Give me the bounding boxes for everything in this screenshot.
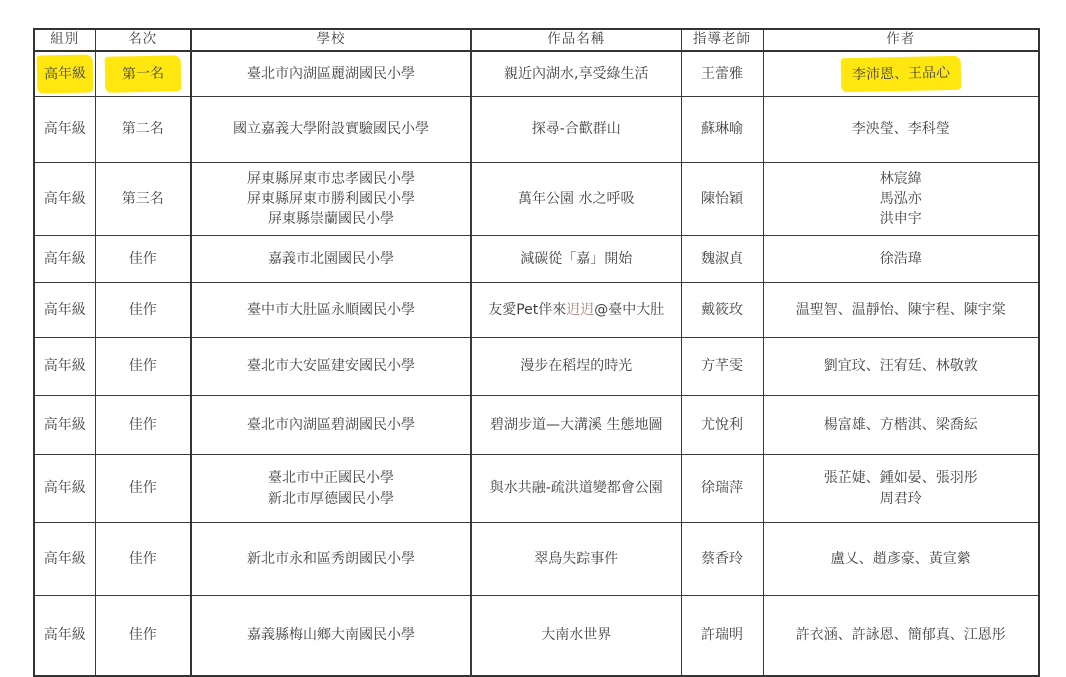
table-row: 高年級 佳作 新北市永和區秀朗國民小學 翠鳥失踪事件 蔡香玲 盧乂、趙彥豪、黃宣…: [34, 523, 1039, 596]
header-row: 組別 名次 學校 作品名稱 指導老師 作者: [34, 29, 1039, 51]
cell-group: 高年級: [34, 97, 95, 163]
cell-teacher: 許瑞明: [681, 596, 763, 676]
cell-teacher: 魏淑貞: [681, 236, 763, 283]
title-text: @臺中大肚: [594, 302, 664, 318]
cell-title: 翠鳥失踪事件: [471, 523, 681, 596]
cell-rank: 第三名: [95, 163, 191, 236]
cell-authors: 温聖智、温靜怡、陳宇程、陳宇棠: [763, 283, 1039, 338]
col-header-school: 學校: [191, 29, 471, 51]
col-header-rank: 名次: [95, 29, 191, 51]
cell-group: 高年級: [34, 455, 95, 523]
col-header-teacher: 指導老師: [681, 29, 763, 51]
cell-title: 萬年公園 水之呼吸: [471, 163, 681, 236]
cell-rank: 第一名: [95, 51, 191, 97]
cell-group: 高年級: [34, 163, 95, 236]
col-header-group: 組別: [34, 29, 95, 51]
cell-authors: 張芷婕、鍾如晏、張羽彤 周君玲: [763, 455, 1039, 523]
table-row: 高年級 佳作 臺北市大安區建安國民小學 漫步在稻埕的時光 方芊雯 劉宜玟、汪宥廷…: [34, 338, 1039, 396]
cell-school: 國立嘉義大學附設實驗國民小學: [191, 97, 471, 163]
cell-authors: 盧乂、趙彥豪、黃宣縈: [763, 523, 1039, 596]
cell-group: 高年級: [34, 283, 95, 338]
cell-school: 臺北市內湖區麗湖國民小學: [191, 51, 471, 97]
cell-title: 與水共融-疏洪道變都會公園: [471, 455, 681, 523]
table-row: 高年級 第一名 臺北市內湖區麗湖國民小學 親近內湖水,享受綠生活 王蕾雅 李沛恩…: [34, 51, 1039, 97]
table-row: 高年級 佳作 嘉義縣梅山鄉大南國民小學 大南水世界 許瑞明 許衣涵、許詠恩、簡郁…: [34, 596, 1039, 676]
cell-school: 臺北市大安區建安國民小學: [191, 338, 471, 396]
cell-authors: 徐浩瑋: [763, 236, 1039, 283]
cell-rank: 第二名: [95, 97, 191, 163]
cell-school: 臺中市大肚區永順國民小學: [191, 283, 471, 338]
highlight-mark: 高年級: [36, 54, 93, 93]
cell-rank: 佳作: [95, 596, 191, 676]
table-row: 高年級 第二名 國立嘉義大學附設實驗國民小學 探尋-合歡群山 蘇琳喻 李泱瑩、李…: [34, 97, 1039, 163]
highlight-mark: 第一名: [104, 55, 181, 93]
cell-group: 高年級: [34, 51, 95, 97]
cell-rank: 佳作: [95, 283, 191, 338]
highlight-mark: 李沛恩、王品心: [840, 55, 961, 92]
fallback-glyphs: 迌迌: [566, 302, 594, 318]
cell-authors: 劉宜玟、汪宥廷、林敬敦: [763, 338, 1039, 396]
cell-title: 親近內湖水,享受綠生活: [471, 51, 681, 97]
cell-teacher: 方芊雯: [681, 338, 763, 396]
cell-rank: 佳作: [95, 396, 191, 455]
cell-school: 屏東縣屏東市忠孝國民小學 屏東縣屏東市勝利國民小學 屏東縣崇蘭國民小學: [191, 163, 471, 236]
table-row: 高年級 第三名 屏東縣屏東市忠孝國民小學 屏東縣屏東市勝利國民小學 屏東縣崇蘭國…: [34, 163, 1039, 236]
cell-title: 漫步在稻埕的時光: [471, 338, 681, 396]
cell-group: 高年級: [34, 396, 95, 455]
cell-title: 探尋-合歡群山: [471, 97, 681, 163]
cell-authors: 楊富雄、方楷淇、梁喬紜: [763, 396, 1039, 455]
cell-teacher: 尤悅利: [681, 396, 763, 455]
cell-rank: 佳作: [95, 338, 191, 396]
cell-teacher: 陳怡穎: [681, 163, 763, 236]
cell-group: 高年級: [34, 596, 95, 676]
cell-school: 臺北市中正國民小學 新北市厚德國民小學: [191, 455, 471, 523]
cell-authors: 林宸緯 馬泓亦 洪申宇: [763, 163, 1039, 236]
cell-title: 減碳從「嘉」開始: [471, 236, 681, 283]
col-header-authors: 作者: [763, 29, 1039, 51]
results-table: 組別 名次 學校 作品名稱 指導老師 作者 高年級 第一名 臺北市內湖區麗湖國民…: [33, 28, 1040, 677]
col-header-title: 作品名稱: [471, 29, 681, 51]
cell-teacher: 蔡香玲: [681, 523, 763, 596]
title-text: 友愛Pet伴來: [488, 302, 566, 318]
table-row: 高年級 佳作 臺北市內湖區碧湖國民小學 碧湖步道—大溝溪 生態地圖 尤悅利 楊富…: [34, 396, 1039, 455]
cell-school: 嘉義縣梅山鄉大南國民小學: [191, 596, 471, 676]
cell-rank: 佳作: [95, 455, 191, 523]
cell-authors: 李沛恩、王品心: [763, 51, 1039, 97]
cell-group: 高年級: [34, 523, 95, 596]
table-row: 高年級 佳作 嘉義市北園國民小學 減碳從「嘉」開始 魏淑貞 徐浩瑋: [34, 236, 1039, 283]
cell-teacher: 蘇琳喻: [681, 97, 763, 163]
cell-rank: 佳作: [95, 236, 191, 283]
cell-group: 高年級: [34, 338, 95, 396]
cell-teacher: 王蕾雅: [681, 51, 763, 97]
cell-school: 新北市永和區秀朗國民小學: [191, 523, 471, 596]
cell-authors: 李泱瑩、李科瑩: [763, 97, 1039, 163]
cell-rank: 佳作: [95, 523, 191, 596]
cell-title: 友愛Pet伴來迌迌@臺中大肚: [471, 283, 681, 338]
cell-title: 大南水世界: [471, 596, 681, 676]
cell-authors: 許衣涵、許詠恩、簡郁真、江恩彤: [763, 596, 1039, 676]
cell-teacher: 戴筱玫: [681, 283, 763, 338]
cell-teacher: 徐瑞萍: [681, 455, 763, 523]
cell-school: 臺北市內湖區碧湖國民小學: [191, 396, 471, 455]
table-row: 高年級 佳作 臺北市中正國民小學 新北市厚德國民小學 與水共融-疏洪道變都會公園…: [34, 455, 1039, 523]
cell-title: 碧湖步道—大溝溪 生態地圖: [471, 396, 681, 455]
awards-sheet: 組別 名次 學校 作品名稱 指導老師 作者 高年級 第一名 臺北市內湖區麗湖國民…: [33, 28, 1040, 677]
cell-school: 嘉義市北園國民小學: [191, 236, 471, 283]
cell-group: 高年級: [34, 236, 95, 283]
table-row: 高年級 佳作 臺中市大肚區永順國民小學 友愛Pet伴來迌迌@臺中大肚 戴筱玫 温…: [34, 283, 1039, 338]
